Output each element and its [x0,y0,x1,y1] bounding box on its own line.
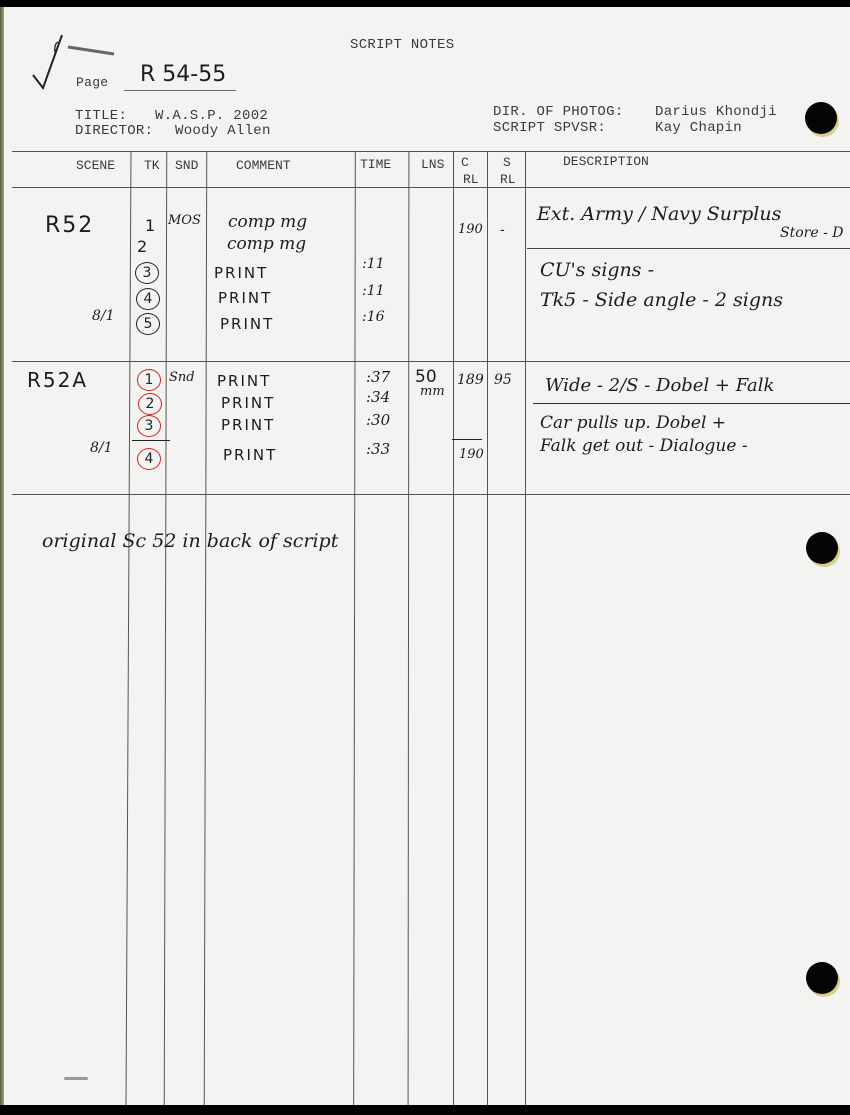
sound-roll: 95 [494,372,512,388]
take-number-circled: 5 [136,313,160,335]
col-header-lns: LNS [421,157,444,172]
take-number-circled-red: 4 [137,448,161,470]
page-value: R 54-55 [140,62,226,87]
description-line: Wide - 2/S - Dobel + Falk [545,375,774,396]
col-divider [525,151,526,1105]
take-number-circled: 4 [136,288,160,310]
col-header-scene: SCENE [76,158,115,173]
description-divider [527,248,850,249]
dp-label: DIR. OF PHOTOG: [493,104,624,120]
description-line: Car pulls up. Dobel + [540,413,726,433]
take-comment: PRINT [221,394,275,412]
sound-roll: - [500,222,505,238]
take-comment: comp mg [227,234,306,254]
scene-number: R52A [27,368,88,392]
take-number: 1 [145,216,157,235]
take-number-circled-red: 1 [137,369,161,391]
row-divider [12,361,850,362]
col-header-description: DESCRIPTION [563,154,649,169]
description-line: Store - D [780,225,843,241]
col-header-snd: SND [175,158,198,173]
supervisor-value: Kay Chapin [655,120,742,136]
take-time: :34 [366,388,390,406]
take-time: :16 [362,309,385,325]
paper-mark [64,1077,88,1080]
sound-note: MOS [168,213,201,228]
col-header-time: TIME [360,157,391,172]
page-underline [124,90,236,91]
col-header-c: C [461,155,469,170]
page-label: Page [76,75,108,90]
take-time: :30 [366,411,390,429]
hole-punch-top [805,102,837,134]
director-label: DIRECTOR: [75,123,153,139]
handwritten-note: original Sc 52 in back of script [42,530,338,552]
lens-unit: mm [420,384,445,399]
take-comment: PRINT [223,446,277,464]
take-comment: PRINT [220,315,274,333]
take-time: :11 [362,283,385,299]
title-value: W.A.S.P. 2002 [155,108,268,124]
col-header-s: S [503,155,511,170]
take-separator [132,440,170,441]
description-line: Ext. Army / Navy Surplus [537,203,781,225]
take-comment: PRINT [217,372,271,390]
take-time: :11 [362,256,385,272]
camera-roll-end: 190 [459,447,484,462]
scan-border [0,1105,850,1115]
col-header-s-rl: RL [500,172,516,187]
hole-punch-middle [806,532,838,564]
take-time: :37 [366,368,390,386]
description-line: Falk get out - Dialogue - [540,436,748,456]
camera-roll: 190 [458,222,483,237]
col-header-tk: TK [144,158,160,173]
supervisor-label: SCRIPT SPVSR: [493,120,606,136]
camera-roll: 189 [457,372,484,388]
take-number-circled: 3 [135,262,159,284]
description-line: Tk5 - Side angle - 2 signs [540,289,783,311]
shoot-date: 8/1 [90,440,113,456]
description-line: CU's signs - [540,259,654,281]
title-label: TITLE: [75,108,127,124]
table-top-line [12,151,850,152]
take-number-circled-red: 2 [138,393,162,415]
take-time: :33 [366,440,390,458]
take-comment: PRINT [218,289,272,307]
col-header-comment: COMMENT [236,158,291,173]
shoot-date: 8/1 [92,308,115,324]
take-comment: PRINT [221,416,275,434]
roll-change-line [452,439,482,440]
dp-value: Darius Khondji [655,104,777,120]
description-underline [533,403,850,404]
take-number: 2 [137,237,149,256]
take-number-circled-red: 3 [137,415,161,437]
col-divider [453,151,454,1105]
take-comment: PRINT [214,264,268,282]
form-heading: SCRIPT NOTES [350,37,454,53]
hole-punch-bottom [806,962,838,994]
row-divider [12,494,850,495]
header-bottom-line [12,187,850,188]
col-divider [487,151,488,1105]
col-header-c-rl: RL [463,172,479,187]
sound-note: Snd [169,370,195,385]
director-value: Woody Allen [175,123,271,139]
scene-number: R52 [45,213,94,238]
take-comment: comp mg [228,212,307,232]
